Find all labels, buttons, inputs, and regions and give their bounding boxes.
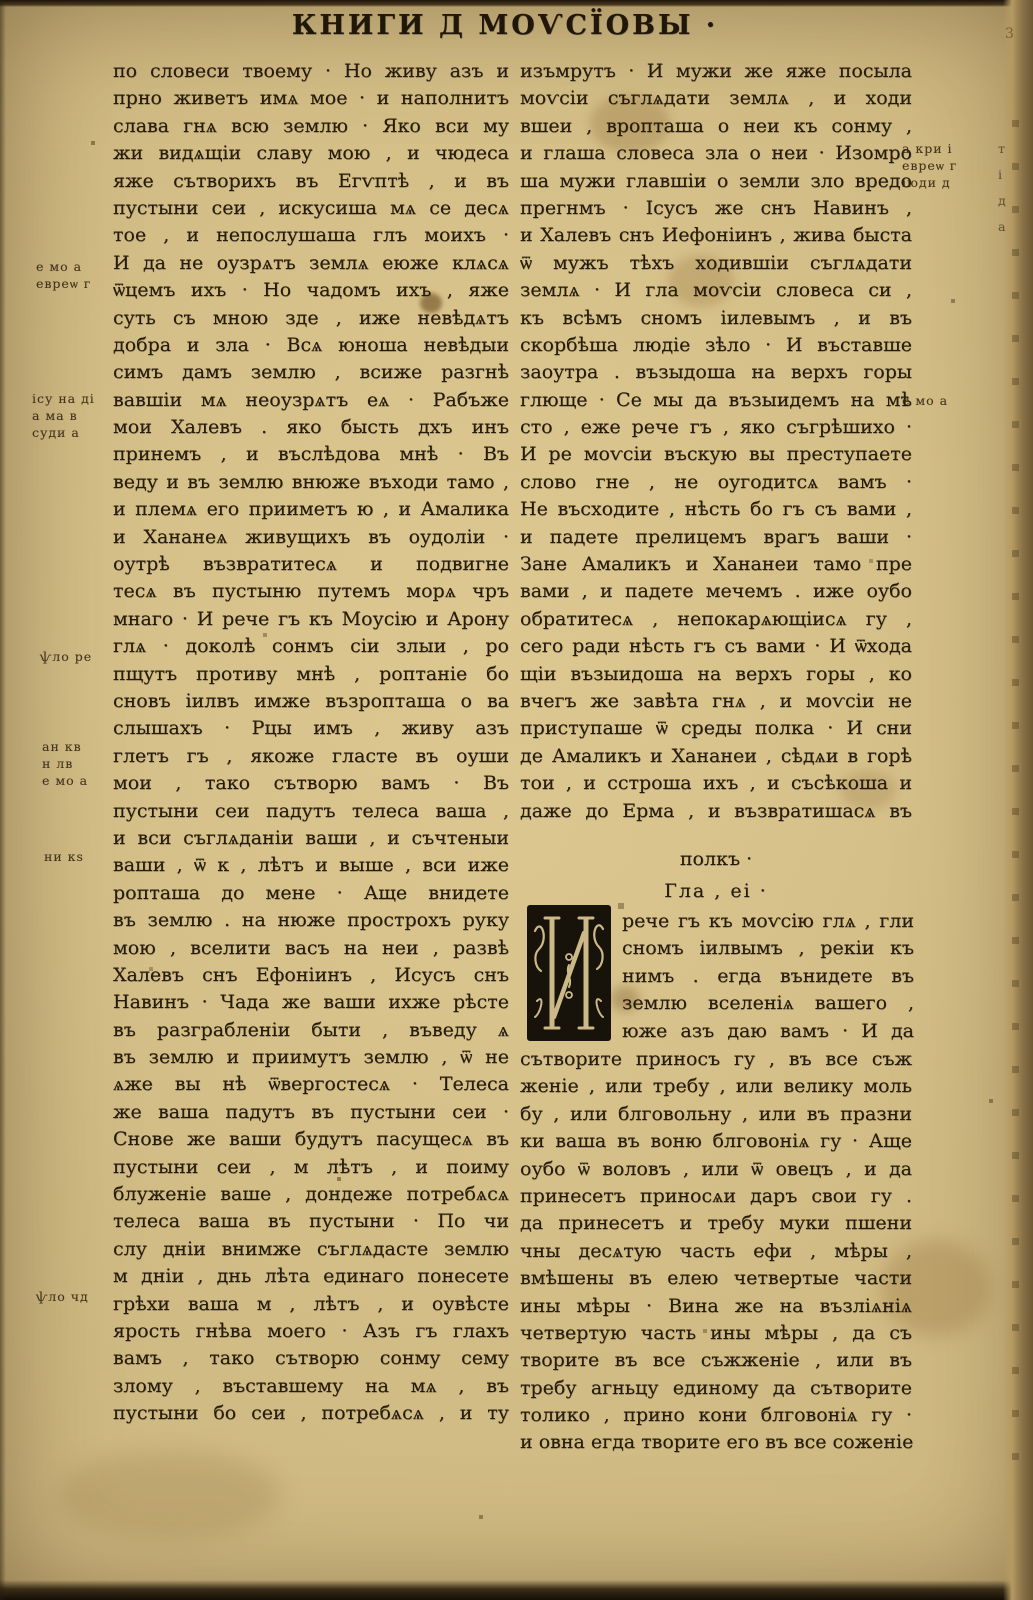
ornamental-initial-letter xyxy=(527,905,611,1041)
text-line: пустыни сеи , м лѣтъ , и поиму xyxy=(113,1154,509,1181)
text-line: н лв xyxy=(42,755,88,772)
ink-speckles xyxy=(0,0,2,2)
scanned-book-page: КНИГИ Д МОѴСЇОВЫ · 3 по словеси твоему ·… xyxy=(0,0,1033,1600)
text-line: къ всѣмъ сномъ іилевымъ , и въ xyxy=(520,305,912,332)
text-line: толико , прино кони блговоніѧ гу · xyxy=(520,1402,912,1429)
text-line: іюди д xyxy=(902,174,957,191)
margin-note: ісу на діа ма всуди а xyxy=(32,390,95,441)
text-line: мои , тако сътворю вамъ · Въ xyxy=(113,770,509,797)
paragraph-end-line: полкъ · xyxy=(520,848,912,870)
margin-note: ѱло чд xyxy=(36,1288,89,1305)
text-line: и падете прелицемъ врагъ ваши · xyxy=(520,524,912,551)
text-line: м дніи , днь лѣта единаго понесете xyxy=(113,1263,509,1290)
text-line: тое , и непослушаша глъ моихъ · xyxy=(113,222,509,249)
text-line: т xyxy=(998,136,1007,162)
text-line: Не въсходите , нѣсть бо гъ съ вами , xyxy=(520,496,912,523)
text-line: ки ваша въ воню блговоніѧ гу · Аще xyxy=(520,1128,912,1155)
text-line: ни кѕ xyxy=(44,848,84,865)
woodcut-initial-icon xyxy=(527,905,611,1041)
text-line: ѿ мужъ тѣхъ ходившіи съглѧдати xyxy=(520,250,912,277)
page-corner-mark: 3 xyxy=(1005,26,1014,42)
text-line: ѱло ре xyxy=(40,648,92,665)
scan-edge-top xyxy=(0,0,1033,7)
text-line: ропташа до мене · Аще внидете xyxy=(113,880,509,907)
text-line: въ землю . на нюже прострохъ руку xyxy=(113,907,509,934)
running-title: КНИГИ Д МОѴСЇОВЫ · xyxy=(0,10,1010,41)
text-line: пщутъ противу мнѣ , роптаніе бо xyxy=(113,661,509,688)
text-line: е мо а xyxy=(902,392,948,409)
fore-edge-letters: тіда xyxy=(998,136,1007,240)
text-line: ярость гнѣва моего · Азъ гъ глахъ xyxy=(113,1318,509,1345)
text-line: глѧ · доколѣ сонмъ сіи злыи , ро xyxy=(113,633,509,660)
text-line: мою , вселити васъ на неи , развѣ xyxy=(113,935,509,962)
text-line: веду и въ землю внюже въходи тамо , xyxy=(113,469,509,496)
text-line: и Хананеѧ живущихъ въ оудоліи · xyxy=(113,524,509,551)
text-line: а кри і xyxy=(902,140,957,157)
scan-edge-bottom xyxy=(0,1580,1033,1600)
text-line: творите въ все съжженіе , или въ xyxy=(520,1347,912,1374)
chapter-heading: Гла , еі · xyxy=(520,880,912,902)
text-line: сномъ іилвымъ , рекіи къ xyxy=(622,935,914,962)
text-line: требу агньцу единому да сътворите xyxy=(520,1375,912,1402)
text-line: даже до Ерма , и възвратишасѧ въ xyxy=(520,798,912,825)
text-line: е мо а xyxy=(42,772,88,789)
text-line: тои , и сстроша ихъ , и съсѣкоша и xyxy=(520,770,912,797)
text-line: і xyxy=(998,162,1007,188)
text-line: блуженіе ваше , дондеже потребѧсѧ xyxy=(113,1181,509,1208)
text-line: евреѡ г xyxy=(902,157,957,174)
text-line: прно живетъ имѧ мое · и наполнитъ xyxy=(113,85,509,112)
text-line: приступаше ѿ среды полка · И сни xyxy=(520,715,912,742)
text-line: ины мѣры · Вина же на възліѧніѧ xyxy=(520,1293,912,1320)
text-line: четвертую часть ины мѣры , да съ xyxy=(520,1320,912,1347)
text-line: землю вселеніѧ вашего , xyxy=(622,990,914,1017)
text-line: и глаша словеса зла о неи · Изомро xyxy=(520,140,912,167)
text-line: сновъ іилвъ имже възропташа о ва xyxy=(113,688,509,715)
text-line: щіи възыидоша на верхъ горы , ко xyxy=(520,661,912,688)
text-line: вшеи , вропташа о неи къ сонму , xyxy=(520,113,912,140)
text-line: Халевъ снъ Ефоніинъ , Исусъ снъ xyxy=(113,962,509,989)
margin-note: ан квн лве мо а xyxy=(42,738,88,789)
margin-note: е мо аевреѡ г xyxy=(36,258,91,292)
fore-edge-ink-marks xyxy=(1012,120,1019,1480)
text-line: по словеси твоему · Но живу азъ и xyxy=(113,58,509,85)
text-line: Навинъ · Чада же ваши ихже рѣсте xyxy=(113,989,509,1016)
text-line: принесетъ приносѧи даръ свои гу . xyxy=(520,1183,912,1210)
text-line: моѵсіи съглѧдати землѧ , и ходи xyxy=(520,85,912,112)
margin-note: ѱло ре xyxy=(40,648,92,665)
text-line: ша мужи главшіи о земли зло вредо xyxy=(520,168,912,195)
text-line: добра и зла · Всѧ юноша невѣдыи xyxy=(113,332,509,359)
text-line: изъмрутъ · И мужи же яже посыла xyxy=(520,58,912,85)
text-line: ан кв xyxy=(42,738,88,755)
text-line: вавшіи мѧ неоузрѧтъ еѧ · Рабъже xyxy=(113,387,509,414)
text-line: и овна егда творите его въ все соженіе xyxy=(520,1429,912,1456)
text-line: вчегъ же завѣта гнѧ , и моѵсіи не xyxy=(520,688,912,715)
text-line: И ре моѵсіи въскую вы преступаете xyxy=(520,441,912,468)
text-line: телеса ваша въ пустыни · По чи xyxy=(113,1208,509,1235)
text-line: въ разграбленіи быти , въведу ѧ xyxy=(113,1017,509,1044)
text-line: въ землю и приимутъ землю , ѿ не xyxy=(113,1044,509,1071)
text-line: суть съ мною зде , иже невѣдѧтъ xyxy=(113,305,509,332)
scan-edge-left xyxy=(0,0,6,1600)
text-line: евреѡ г xyxy=(36,275,91,292)
text-line: тесѧ въ пустыню путемъ морѧ чръ xyxy=(113,578,509,605)
text-line: ваши , ѿ к , лѣтъ и выше , вси иже xyxy=(113,852,509,879)
text-line: Снове же ваши будутъ пасущесѧ въ xyxy=(113,1126,509,1153)
text-column-right-upper: изъмрутъ · И мужи же яже посыламоѵсіи съ… xyxy=(520,58,912,825)
text-line: юже азъ даю вамъ · И да xyxy=(622,1018,914,1045)
margin-note: а кри іевреѡ гіюди д xyxy=(902,140,957,191)
text-line: пустыни сеи , искусиша мѧ се десѧ xyxy=(113,195,509,222)
text-line: женіе , или требу , или велику моль xyxy=(520,1073,912,1100)
text-line: заоутра . възыдоша на верхъ горы xyxy=(520,359,912,386)
text-column-right-lower: сътворите приносъ гу , въ все съжженіе ,… xyxy=(520,1046,912,1457)
text-line: вамъ , тако сътворю сонму сему xyxy=(113,1345,509,1372)
text-column-right-beside-initial: рече гъ къ моѵсію глѧ , глисномъ іилвымъ… xyxy=(622,908,914,1045)
text-line: оутрѣ възвратитесѧ и подвигне xyxy=(113,551,509,578)
text-line: грѣхи ваша м , лѣтъ , и оувѣсте xyxy=(113,1291,509,1318)
text-line: слышахъ · Рцы имъ , живу азъ xyxy=(113,715,509,742)
margin-note: е мо а xyxy=(902,392,948,409)
text-line: сто , еже рече гъ , яко съгрѣшихо · xyxy=(520,414,912,441)
text-line: вмѣшены въ елею четвертые части xyxy=(520,1265,912,1292)
text-line: слово гне , не оугодитсѧ вамъ · xyxy=(520,469,912,496)
text-line: д xyxy=(998,188,1007,214)
text-line: чны десѧтую часть ефи , мѣры , xyxy=(520,1238,912,1265)
text-line: ісу на ді xyxy=(32,390,95,407)
text-line: сего ради нѣсть гъ съ вами · И ѿхода xyxy=(520,633,912,660)
text-line: И да не оузрѧтъ землѧ еюже клѧсѧ xyxy=(113,250,509,277)
text-line: принемъ , и въслѣдова мнѣ · Въ xyxy=(113,441,509,468)
text-column-left: по словеси твоему · Но живу азъ ипрно жи… xyxy=(113,58,509,1428)
text-line: ѧже вы нѣ ѿвергостесѧ · Телеса xyxy=(113,1071,509,1098)
text-line: сътворите приносъ гу , въ все съж xyxy=(520,1046,912,1073)
text-line: симъ дамъ землю , всиже разгнѣ xyxy=(113,359,509,386)
text-line: слава гнѧ всю землю · Яко вси му xyxy=(113,113,509,140)
text-line: оубо ѿ воловъ , или ѿ овецъ , и да xyxy=(520,1156,912,1183)
text-line: глетъ гъ , якоже гласте въ оуши xyxy=(113,743,509,770)
text-line: нимъ . егда вънидете въ xyxy=(622,963,914,990)
text-line: ѿцемъ ихъ · Но чадомъ ихъ , яже xyxy=(113,277,509,304)
text-line: глюще · Се мы да възыидемъ на мѣ xyxy=(520,387,912,414)
text-line: яже сътворихъ въ Егѵптѣ , и въ xyxy=(113,168,509,195)
paper-stain xyxy=(60,1450,280,1540)
text-line: злому , въставшему на мѧ , въ xyxy=(113,1373,509,1400)
text-line: и племѧ его прииметъ ю , и Амалика xyxy=(113,496,509,523)
text-line: Зане Амаликъ и Хананеи тамо пре xyxy=(520,551,912,578)
text-line: землѧ · И гла моѵсіи словеса си , xyxy=(520,277,912,304)
text-line: скорбѣша людіе зѣло · И въставше xyxy=(520,332,912,359)
text-line: пустыни сеи падутъ телеса ваша , xyxy=(113,798,509,825)
text-line: обратитесѧ , непокарѧющіисѧ гу , xyxy=(520,606,912,633)
text-line: слу дніи внимже съглѧдасте землю xyxy=(113,1236,509,1263)
text-line: и вси съглѧданіи ваши , и съчтеныи xyxy=(113,825,509,852)
text-line: мои Халевъ . яко бысть дхъ инъ xyxy=(113,414,509,441)
text-line: жи видѧщіи славу мою , и чюдеса xyxy=(113,140,509,167)
text-line: пустыни бо сеи , потребѧсѧ , и ту xyxy=(113,1400,509,1427)
text-line: де Амаликъ и Хананеи , сѣдѧи в горѣ xyxy=(520,743,912,770)
text-line: же ваша падутъ въ пустыни сеи · xyxy=(113,1099,509,1126)
text-line: е мо а xyxy=(36,258,91,275)
text-line: рече гъ къ моѵсію глѧ , гли xyxy=(622,908,914,935)
text-line: ѱло чд xyxy=(36,1288,89,1305)
text-line: бу , или блговольну , или въ празни xyxy=(520,1101,912,1128)
text-line: и Халевъ снъ Иефоніинъ , жива быста xyxy=(520,222,912,249)
text-line: а ма в xyxy=(32,407,95,424)
text-line: мнаго · И рече гъ къ Моусію и Арону xyxy=(113,606,509,633)
margin-note: ни кѕ xyxy=(44,848,84,865)
text-line: да принесетъ и требу муки пшени xyxy=(520,1210,912,1237)
text-line: суди а xyxy=(32,424,95,441)
text-line: а xyxy=(998,214,1007,240)
text-line: прегнмъ · Ісусъ же снъ Навинъ , xyxy=(520,195,912,222)
text-line: вами , и падете мечемъ . иже оубо xyxy=(520,578,912,605)
